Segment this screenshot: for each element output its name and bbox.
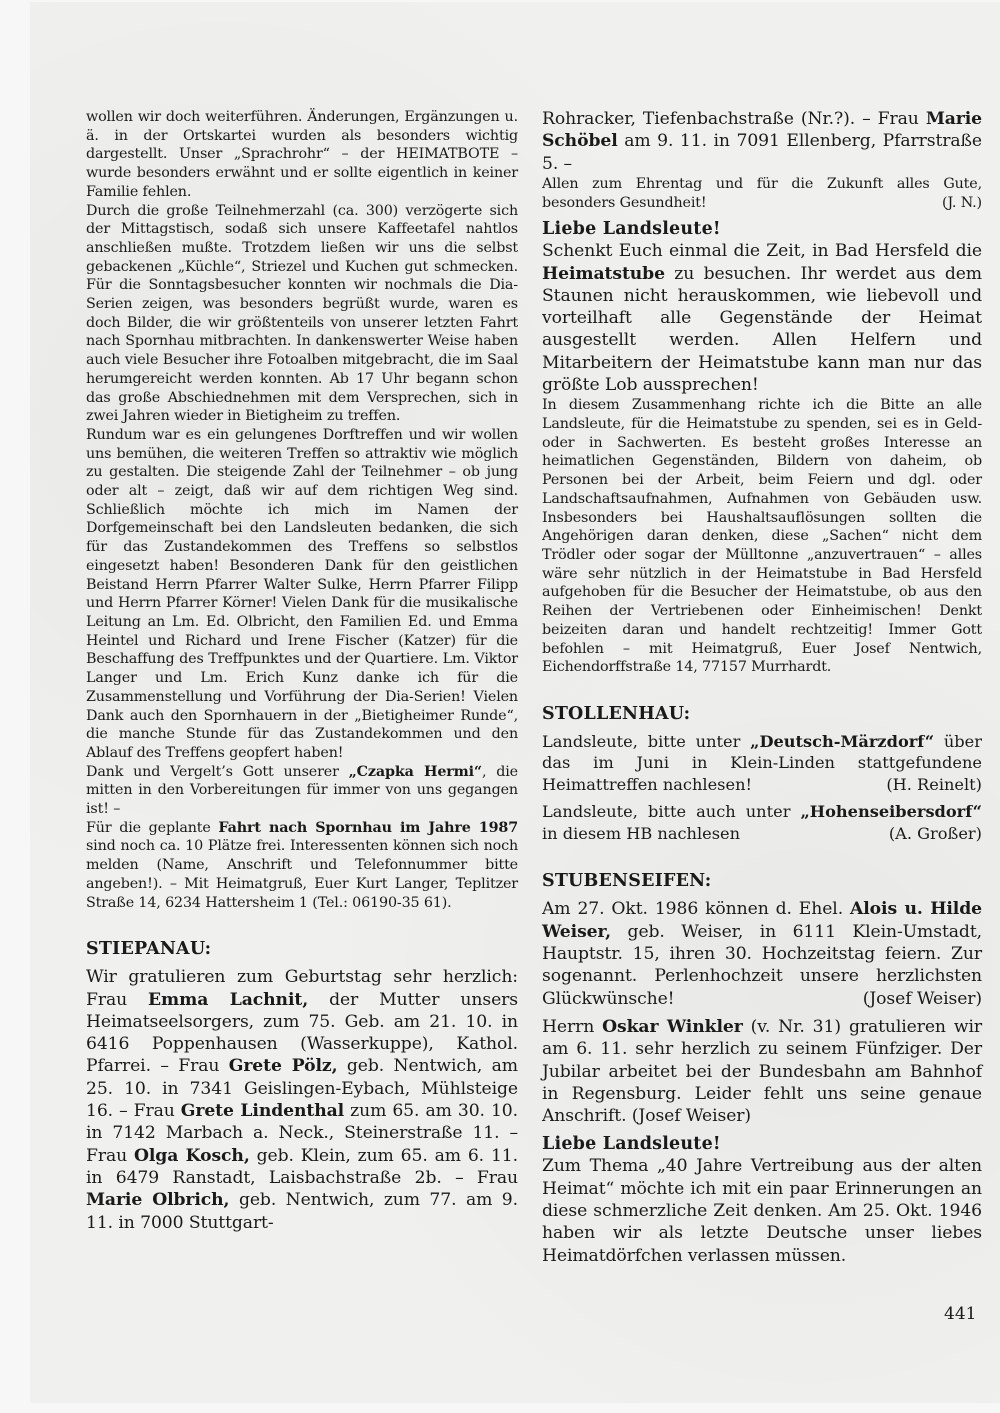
signature: (A. Großer) bbox=[889, 823, 982, 845]
section-heading-stiepanau: STIEPANAU: bbox=[86, 938, 518, 960]
left-column: wollen wir doch weiterführen. Änderungen… bbox=[86, 108, 518, 1234]
section-heading-liebe-landsleute: Liebe Landsleute! bbox=[542, 218, 982, 240]
article-paragraph: wollen wir doch weiterführen. Änderungen… bbox=[86, 108, 518, 202]
article-paragraph: Rundum war es ein gelungenes Dorftreffen… bbox=[86, 426, 518, 763]
signature: (Josef Weiser) bbox=[863, 988, 982, 1010]
signature: (H. Reinelt) bbox=[886, 774, 982, 796]
czapka-paragraph: Dank und Vergelt’s Gott unserer „Czapka … bbox=[86, 763, 518, 819]
bold-trip: Fahrt nach Spornhau im Jahre 1987 bbox=[218, 820, 518, 836]
article-paragraph: Durch die große Teilnehmerzahl (ca. 300)… bbox=[86, 202, 518, 426]
wishes-paragraph: Allen zum Ehrentag und für die Zukunft a… bbox=[542, 175, 982, 212]
signature: (J. N.) bbox=[942, 194, 982, 213]
continuation-paragraph: Rohracker, Tiefenbachstraße (Nr.?). – Fr… bbox=[542, 108, 982, 175]
section-heading-liebe-landsleute-2: Liebe Landsleute! bbox=[542, 1133, 982, 1155]
right-column: Rohracker, Tiefenbachstraße (Nr.?). – Fr… bbox=[542, 108, 982, 1267]
stiepanau-paragraph: Wir gratulieren zum Geburtstag sehr herz… bbox=[86, 966, 518, 1234]
donation-paragraph: In diesem Zusammenhang richte ich die Bi… bbox=[542, 396, 982, 677]
stollenhau-paragraph-2: Landsleute, bitte auch unter „Hohenseibe… bbox=[542, 801, 982, 844]
bold-place: „Deutsch-Märzdorf“ bbox=[750, 732, 934, 751]
stubenseifen-paragraph-1: Am 27. Okt. 1986 können d. Ehel. Alois u… bbox=[542, 898, 982, 1009]
stubenseifen-paragraph-2: Herrn Oskar Winkler (v. Nr. 31) gratulie… bbox=[542, 1016, 982, 1127]
bold-name: Marie Olbrich, bbox=[86, 1190, 229, 1210]
section-heading-stollenhau: STOLLENHAU: bbox=[542, 703, 982, 725]
bold-name: Emma Lachnit, bbox=[148, 990, 308, 1010]
section-heading-stubenseifen: STUBENSEIFEN: bbox=[542, 870, 982, 892]
bold-name: „Czapka Hermi“ bbox=[349, 764, 482, 780]
bold-name: Olga Kosch, bbox=[134, 1146, 250, 1166]
bold-name: Grete Pölz, bbox=[229, 1056, 338, 1076]
bold-place: „Hohenseibersdorf“ bbox=[801, 802, 983, 821]
newspaper-page: wollen wir doch weiterführen. Änderungen… bbox=[30, 2, 1000, 1403]
stollenhau-paragraph-1: Landsleute, bitte unter „Deutsch-Märzdor… bbox=[542, 731, 982, 796]
bold-name: Oskar Winkler bbox=[602, 1017, 743, 1037]
vertreibung-paragraph: Zum Thema „40 Jahre Vertreibung aus der … bbox=[542, 1155, 982, 1266]
heimatstube-paragraph: Schenkt Euch einmal die Zeit, in Bad Her… bbox=[542, 240, 982, 396]
bold-name: Grete Lindenthal bbox=[181, 1101, 344, 1121]
bold-term: Heimatstube bbox=[542, 264, 665, 284]
trip-paragraph: Für die geplante Fahrt nach Spornhau im … bbox=[86, 819, 518, 913]
page-number: 441 bbox=[944, 1304, 976, 1324]
